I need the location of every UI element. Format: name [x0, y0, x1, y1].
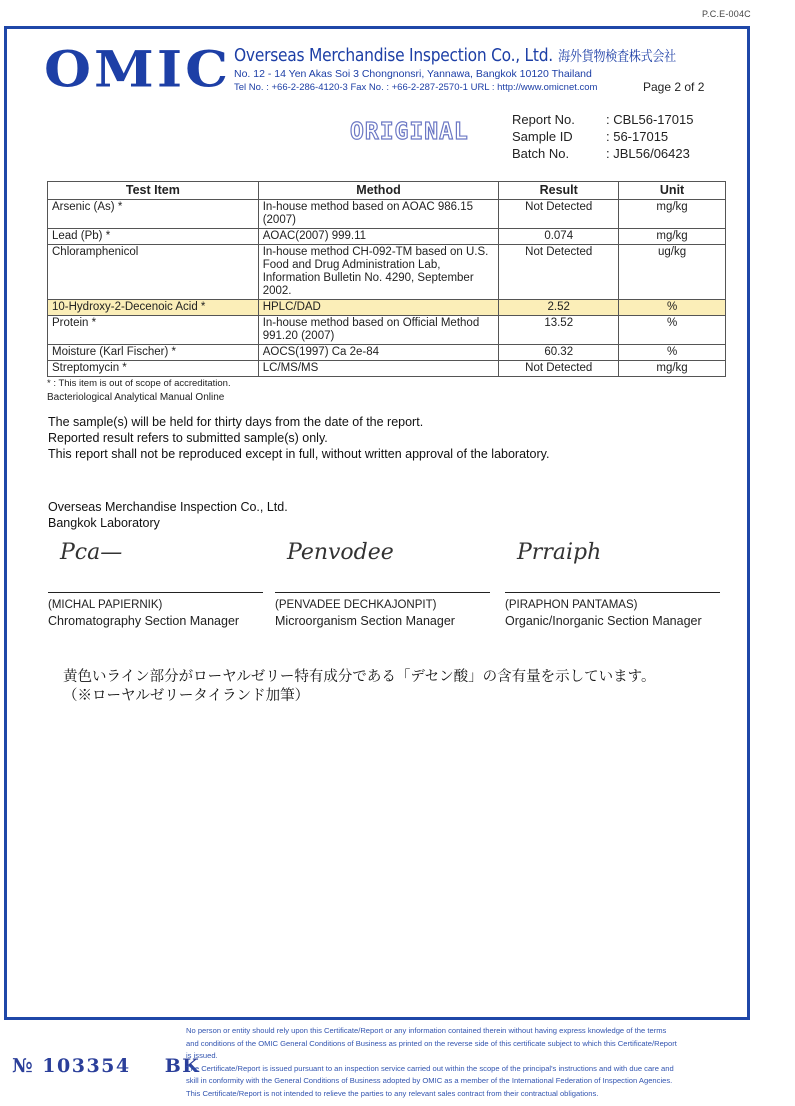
jp-note-line1: 黄色いライン部分がローヤルゼリー特有成分である「デセン酸」の含有量を示しています…	[63, 668, 655, 687]
company-name: Overseas Merchandise Inspection Co., Ltd…	[234, 45, 676, 66]
table-row: Lead (Pb) *AOAC(2007) 999.110.074mg/kg	[48, 229, 726, 245]
disclaimer-line: The Certificate/Report is issued pursuan…	[186, 1063, 751, 1076]
signature-scribble: Pca—	[48, 540, 263, 592]
company-name-en: Overseas Merchandise Inspection Co., Ltd…	[234, 45, 553, 66]
unit-cell: %	[619, 300, 726, 316]
method-cell: In-house method based on Official Method…	[258, 316, 499, 345]
lab-info: Overseas Merchandise Inspection Co., Ltd…	[48, 499, 288, 531]
result-cell: 60.32	[499, 345, 619, 361]
meta-label: Batch No.	[512, 145, 606, 162]
disclaimer-line: is issued.	[186, 1050, 751, 1063]
result-cell: 0.074	[499, 229, 619, 245]
result-cell: Not Detected	[499, 361, 619, 377]
signatory-name: (PENVADEE DECHKAJONPIT)	[275, 599, 490, 611]
signature-scribble: Penvodee	[275, 540, 490, 592]
disclaimer-line: skill in conformity with the General Con…	[186, 1075, 751, 1088]
disclaimer: No person or entity should rely upon thi…	[186, 1025, 751, 1101]
note-line: This report shall not be reproduced exce…	[48, 446, 549, 462]
unit-cell: %	[619, 345, 726, 361]
method-cell: HPLC/DAD	[258, 300, 499, 316]
table-header-row: Test Item Method Result Unit	[48, 182, 726, 200]
test-item-cell: Lead (Pb) *	[48, 229, 259, 245]
result-cell: 13.52	[499, 316, 619, 345]
disclaimer-line: This Certificate/Report is not intended …	[186, 1088, 751, 1101]
report-number-row: Report No. : CBL56-17015	[512, 111, 693, 128]
omic-logo: OMIC	[44, 44, 231, 94]
page-number: Page 2 of 2	[643, 80, 704, 94]
note-line: The sample(s) will be held for thirty da…	[48, 414, 549, 430]
signatory-role: Organic/Inorganic Section Manager	[505, 614, 720, 628]
unit-cell: mg/kg	[619, 361, 726, 377]
header-result: Result	[499, 182, 619, 200]
method-cell: LC/MS/MS	[258, 361, 499, 377]
lab-company: Overseas Merchandise Inspection Co., Ltd…	[48, 499, 288, 515]
table-row: Streptomycin *LC/MS/MSNot Detectedmg/kg	[48, 361, 726, 377]
table-row: Arsenic (As) *In-house method based on A…	[48, 200, 726, 229]
test-item-cell: Streptomycin *	[48, 361, 259, 377]
meta-value: : CBL56-17015	[606, 111, 693, 128]
unit-cell: %	[619, 316, 726, 345]
unit-cell: mg/kg	[619, 200, 726, 229]
table-row: 10-Hydroxy-2-Decenoic Acid *HPLC/DAD2.52…	[48, 300, 726, 316]
method-cell: In-house method CH-092-TM based on U.S. …	[258, 245, 499, 300]
meta-label: Report No.	[512, 111, 606, 128]
signatory-role: Microorganism Section Manager	[275, 614, 490, 628]
test-item-cell: Arsenic (As) *	[48, 200, 259, 229]
method-cell: AOAC(2007) 999.11	[258, 229, 499, 245]
test-item-cell: 10-Hydroxy-2-Decenoic Acid *	[48, 300, 259, 316]
form-code: P.C.E-004C	[702, 9, 751, 19]
result-cell: Not Detected	[499, 200, 619, 229]
japanese-annotation: 黄色いライン部分がローヤルゼリー特有成分である「デセン酸」の含有量を示しています…	[63, 668, 655, 706]
bam-note: Bacteriological Analytical Manual Online	[47, 392, 224, 403]
results-body: Arsenic (As) *In-house method based on A…	[48, 200, 726, 377]
company-contact: Tel No. : +66-2-286-4120-3 Fax No. : +66…	[234, 82, 597, 93]
method-cell: In-house method based on AOAC 986.15 (20…	[258, 200, 499, 229]
signature-block: Pca— (MICHAL PAPIERNIK) Chromatography S…	[48, 540, 263, 628]
meta-value: : JBL56/06423	[606, 145, 690, 162]
test-item-cell: Protein *	[48, 316, 259, 345]
signature-line	[48, 592, 263, 593]
serial-number: № 103354 BK	[12, 1055, 200, 1077]
sample-id-row: Sample ID : 56-17015	[512, 128, 693, 145]
header-method: Method	[258, 182, 499, 200]
test-item-cell: Moisture (Karl Fischer) *	[48, 345, 259, 361]
signatory-role: Chromatography Section Manager	[48, 614, 263, 628]
signature-block: Prraiph (PIRAPHON PANTAMAS) Organic/Inor…	[505, 540, 720, 628]
batch-number-row: Batch No. : JBL56/06423	[512, 145, 693, 162]
unit-cell: ug/kg	[619, 245, 726, 300]
report-notes: The sample(s) will be held for thirty da…	[48, 414, 549, 462]
test-item-cell: Chloramphenicol	[48, 245, 259, 300]
result-cell: Not Detected	[499, 245, 619, 300]
signature-line	[505, 592, 720, 593]
note-line: Reported result refers to submitted samp…	[48, 430, 549, 446]
signatory-name: (PIRAPHON PANTAMAS)	[505, 599, 720, 611]
signature-line	[275, 592, 490, 593]
serial-value: 103354	[42, 1055, 130, 1077]
accreditation-footnote: * : This item is out of scope of accredi…	[47, 378, 231, 389]
table-row: Protein *In-house method based on Offici…	[48, 316, 726, 345]
header-unit: Unit	[619, 182, 726, 200]
company-address: No. 12 - 14 Yen Akas Soi 3 Chongnonsri, …	[234, 68, 592, 80]
meta-label: Sample ID	[512, 128, 606, 145]
signature-scribble: Prraiph	[505, 540, 720, 592]
method-cell: AOCS(1997) Ca 2e-84	[258, 345, 499, 361]
meta-value: : 56-17015	[606, 128, 668, 145]
jp-note-line2: （※ローヤルゼリータイランド加筆）	[63, 687, 655, 706]
header-test-item: Test Item	[48, 182, 259, 200]
report-meta: Report No. : CBL56-17015 Sample ID : 56-…	[512, 111, 693, 162]
lab-branch: Bangkok Laboratory	[48, 515, 288, 531]
table-row: Moisture (Karl Fischer) *AOCS(1997) Ca 2…	[48, 345, 726, 361]
results-table: Test Item Method Result Unit Arsenic (As…	[47, 181, 726, 377]
result-cell: 2.52	[499, 300, 619, 316]
original-stamp: ORIGINAL	[350, 119, 469, 145]
table-row: ChloramphenicolIn-house method CH-092-TM…	[48, 245, 726, 300]
signature-block: Penvodee (PENVADEE DECHKAJONPIT) Microor…	[275, 540, 490, 628]
disclaimer-line: No person or entity should rely upon thi…	[186, 1025, 751, 1038]
disclaimer-line: and conditions of the OMIC General Condi…	[186, 1038, 751, 1051]
company-name-jp: 海外貨物検査株式会社	[558, 49, 676, 65]
unit-cell: mg/kg	[619, 229, 726, 245]
serial-prefix: №	[12, 1055, 34, 1077]
signatory-name: (MICHAL PAPIERNIK)	[48, 599, 263, 611]
